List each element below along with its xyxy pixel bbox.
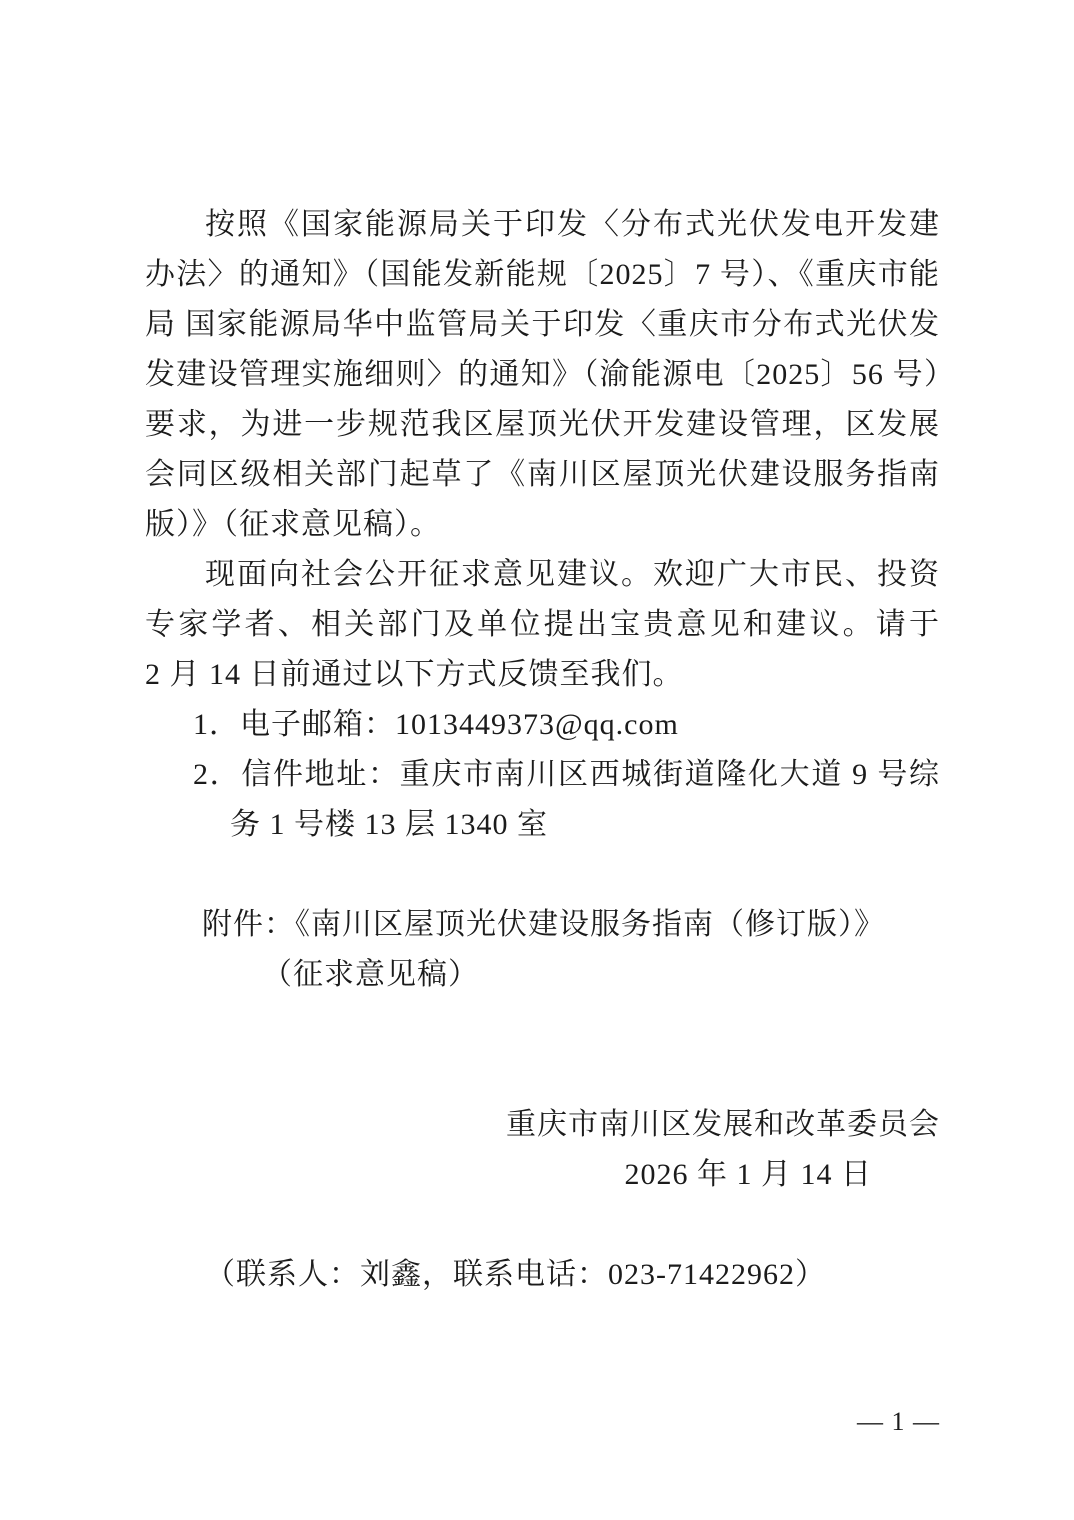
attachment-title-line: 附件：《南川区屋顶光伏建设服务指南（修订版）》 (202, 900, 940, 950)
text-line: 要求，为进一步规范我区屋顶光伏开发建设管理，区发展改革委 (145, 400, 940, 450)
contact-section: （联系人：刘鑫，联系电话：023-71422962） (145, 1250, 940, 1300)
signature-block: 重庆市南川区发展和改革委员会 2026 年 1 月 14 日 (145, 1100, 940, 1200)
feedback-mail-address-line-2: 务 1 号楼 13 层 1340 室 (230, 800, 940, 850)
attachment-section: 附件：《南川区屋顶光伏建设服务指南（修订版）》 （征求意见稿） (145, 900, 940, 1000)
text-line: 发建设管理实施细则〉的通知》（渝能源电〔2025〕56 号）等 (145, 350, 940, 400)
text-line: 2 月 14 日前通过以下方式反馈至我们。 (145, 650, 940, 700)
paragraph-solicitation: 现面向社会公开征求意见建议。欢迎广大市民、投资主体、专家学者、相关部门及单位提出… (145, 550, 940, 700)
contact-line: （联系人：刘鑫，联系电话：023-71422962） (205, 1250, 940, 1300)
paragraph-policy-basis: 按照《国家能源局关于印发〈分布式光伏发电开发建设管理办法〉的通知》（国能发新能规… (145, 200, 940, 550)
attachment-subtitle-line: （征求意见稿） (262, 950, 940, 1000)
text-line: 局 国家能源局华中监管局关于印发〈重庆市分布式光伏发电开 (145, 300, 940, 350)
document-page: 按照《国家能源局关于印发〈分布式光伏发电开发建设管理办法〉的通知》（国能发新能规… (0, 0, 1074, 1520)
text-line: 现面向社会公开征求意见建议。欢迎广大市民、投资主体、 (145, 550, 940, 600)
text-line: 版）》（征求意见稿）。 (145, 500, 940, 550)
feedback-mail-address-line-1: 2．信件地址：重庆市南川区西城街道隆化大道 9 号综合服 (193, 750, 940, 800)
text-line: 按照《国家能源局关于印发〈分布式光伏发电开发建设管理 (145, 200, 940, 250)
feedback-channel-list: 1．电子邮箱：1013449373@qq.com 2．信件地址：重庆市南川区西城… (145, 700, 940, 850)
text-line: 专家学者、相关部门及单位提出宝贵意见和建议。请于 2026 年 (145, 600, 940, 650)
text-line: 办法〉的通知》（国能发新能规〔2025〕7 号）、《重庆市能源 (145, 250, 940, 300)
text-line: 会同区级相关部门起草了《南川区屋顶光伏建设服务指南（修订 (145, 450, 940, 500)
page-number: — 1 — (857, 1402, 940, 1442)
signature-agency: 重庆市南川区发展和改革委员会 (145, 1100, 940, 1150)
feedback-email-line: 1．电子邮箱：1013449373@qq.com (193, 700, 940, 750)
document-body: 按照《国家能源局关于印发〈分布式光伏发电开发建设管理办法〉的通知》（国能发新能规… (145, 0, 940, 1520)
signature-date: 2026 年 1 月 14 日 (145, 1150, 940, 1200)
